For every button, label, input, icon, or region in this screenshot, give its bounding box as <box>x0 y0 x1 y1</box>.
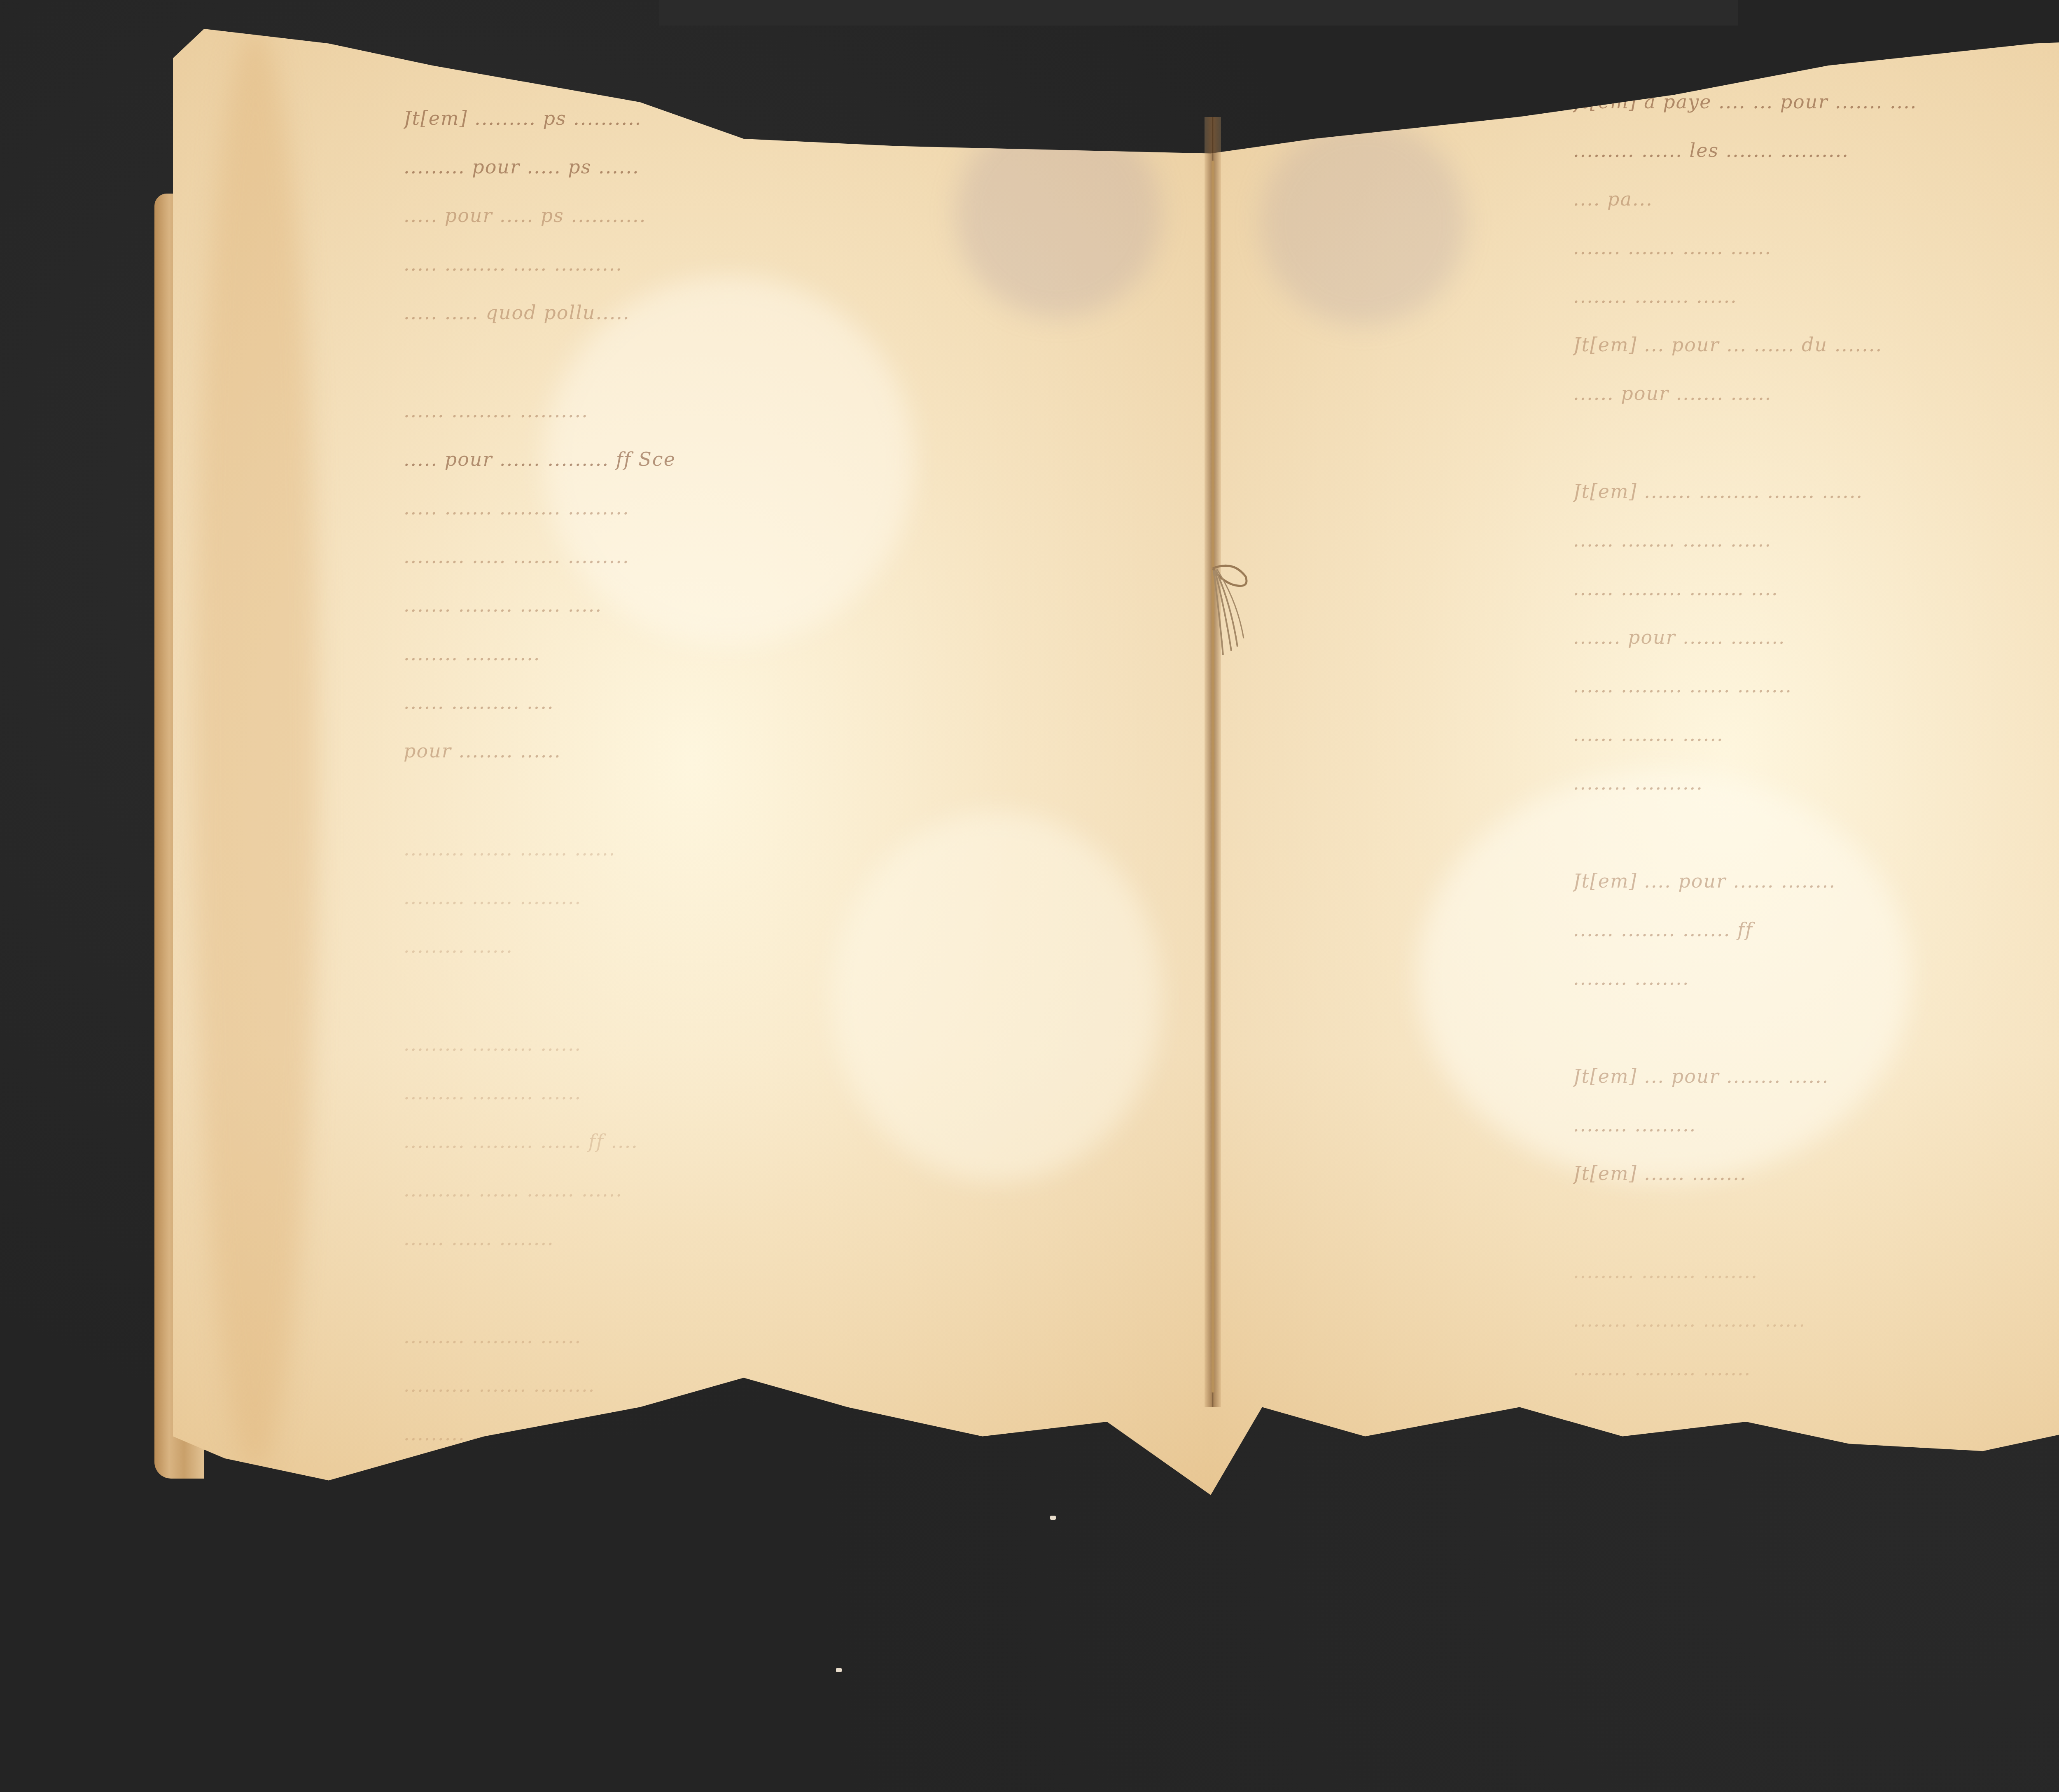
stain <box>194 29 317 1470</box>
debris-fleck <box>1050 1516 1056 1520</box>
stain <box>1260 119 1466 325</box>
ink-line: ...... ........ ...... <box>1573 723 2059 748</box>
ink-line: ...... ......... .......... <box>404 400 1165 424</box>
ink-line: .... pa... <box>1573 188 2059 213</box>
ink-line: ........ ......... <box>1573 1114 2059 1138</box>
ink-line: ......... ..... ....... ......... <box>404 545 1165 570</box>
ink-line: .......... ....... ......... <box>404 1374 1165 1399</box>
ink-line: ..... pour ..... ps ........... <box>404 204 1165 229</box>
ink-line: ......... ...... les ....... .......... <box>1573 139 2059 164</box>
ink-line: ........ ........ ...... <box>1573 285 2059 310</box>
ink-line: ........ ......... ........ ...... <box>1573 1309 2059 1334</box>
ink-line: Jt[em] ... pour ........ ...... <box>1573 1065 2059 1090</box>
ink-line: ........ ........... <box>404 643 1165 667</box>
ink-line: Jt[em] a paye .... ... pour ....... .... <box>1573 91 2059 115</box>
right-text-block: Jt[em] a paye .... ... pour ....... ....… <box>1573 91 2059 1406</box>
ink-line: ......... ......... ...... ff .... <box>404 1130 1165 1155</box>
ink-line: ......... pour ..... ps ...... <box>404 156 1165 180</box>
ink-line: ........ ......... ....... <box>1573 1357 2059 1382</box>
ink-line: Jt[em] .... pour ...... ........ <box>1573 870 2059 895</box>
ink-line: .......... ...... ....... ...... <box>404 1179 1165 1203</box>
left-text-block: Jt[em] ......... ps .......... .........… <box>404 107 1165 1568</box>
ink-line: Jt[em] ... pour ... ...... du ....... <box>1573 334 2059 358</box>
ink-line: ......... ......... ...... <box>404 1082 1165 1106</box>
ink-line: ...... ........ ....... ff <box>1573 918 2059 943</box>
scanner-top-bar <box>659 0 1738 26</box>
ink-line: ........ .......... <box>1573 772 2059 797</box>
debris-fleck <box>836 1668 842 1672</box>
ink-line: ........ ........ <box>1573 967 2059 992</box>
ink-line: ......... ......... ...... <box>404 1033 1165 1058</box>
ink-line: ......... ...... ....... ...... <box>404 838 1165 862</box>
ink-line: ..... ..... quod pollu..... <box>404 301 1165 326</box>
left-page: Jt[em] ......... ps .......... .........… <box>173 29 1211 1495</box>
ink-line: ...... .......... .... <box>404 691 1165 716</box>
ink-line: ......... ...... ......... <box>404 886 1165 911</box>
manuscript-spread: Jt[em] ......... ps .......... .........… <box>173 29 2059 1495</box>
binding-knot-icon <box>1209 560 1258 667</box>
ink-line: ......... ......... ...... <box>404 1471 1165 1496</box>
ink-line: ......... ............ <box>404 1423 1165 1447</box>
ink-line: ......... ........ ........ <box>1573 1260 2059 1285</box>
ink-line: ..... ......... ..... .......... <box>404 253 1165 278</box>
ink-line: ....... ....... ...... ...... <box>1573 236 2059 261</box>
ink-line: ..... ....... ......... ......... <box>404 497 1165 521</box>
ink-line: ......... ......... ...... <box>404 1325 1165 1350</box>
ink-line: ...... ......... ........ .... <box>1573 577 2059 602</box>
ink-line: ..... pour ...... ......... ff Sce <box>404 448 1165 473</box>
ink-line: ...... pour ....... ...... <box>1573 382 2059 407</box>
ink-line: ....... pour ...... ........ <box>1573 626 2059 651</box>
ink-line: Jt[em] ....... ......... ....... ...... <box>1573 480 2059 505</box>
ink-line: ...... ........ ...... ...... <box>1573 529 2059 554</box>
ink-line: ...... ...... ........ <box>404 1227 1165 1252</box>
ink-line: ......... ...... <box>404 935 1165 960</box>
right-page: Jt[em] a paye .... ... pour ....... ....… <box>1211 29 2059 1495</box>
ink-line: Jt[em] ...... ........ <box>1573 1162 2059 1187</box>
ink-line: Jt[em] ......... ps .......... <box>404 107 1165 132</box>
binding-thread <box>1212 161 1214 1392</box>
ink-line: pour ........ ...... <box>404 740 1165 764</box>
ink-line: ...... ......... ...... ........ <box>1573 675 2059 699</box>
ink-line: ....... ........ ...... ..... <box>404 594 1165 619</box>
